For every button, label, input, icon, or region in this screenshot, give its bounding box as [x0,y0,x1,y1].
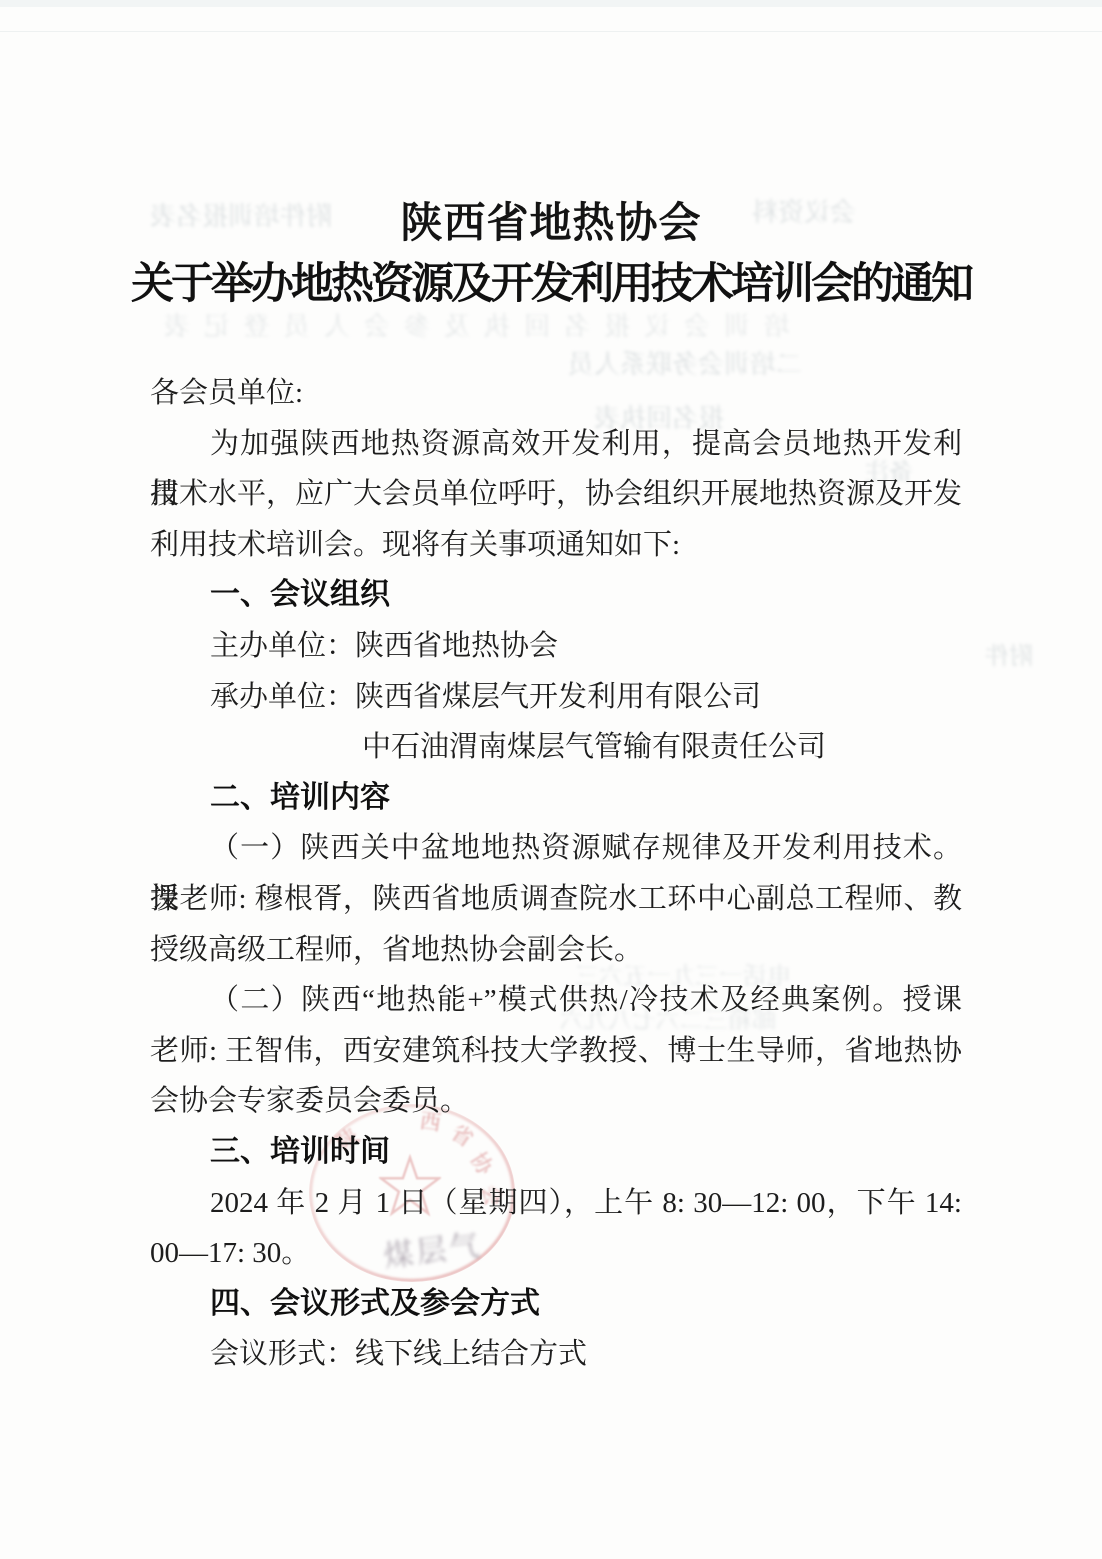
bleedthrough-text: 培训会议报名回执及参会人员登记表 [150,306,790,343]
scanned-document-page: 附件培训报名表 会议资料 培训会议报名回执及参会人员登记表 二培训会务联系人员 … [0,0,1102,1559]
host-unit-line: 主办单位：陕西省地热协会 [150,621,962,672]
organizer-unit-line-2: 中石油渭南煤层气管输有限责任公司 [150,722,962,773]
intro-line: 利用技术培训会。现将有关事项通知如下: [150,520,962,571]
section-heading-2: 二、培训内容 [150,773,962,824]
organizer-unit-line: 承办单位：陕西省煤层气开发利用有限公司 [150,672,962,723]
training-item-2-line: 老师: 王智伟，西安建筑科技大学教授、博士生导师，省地热协 [150,1026,962,1077]
training-item-2-line: 会协会专家委员会委员。 [150,1076,962,1127]
scanner-line-artifact [0,31,1102,32]
section-heading-1: 一、会议组织 [150,570,962,621]
training-time-line-2: 00—17: 30。 [150,1228,962,1279]
training-item-2-line: （二）陕西“地热能+”模式供热/冷技术及经典案例。授课 [150,975,962,1026]
training-time-line: 2024 年 2 月 1 日（星期四），上午 8: 30—12: 00，下午 1… [150,1178,962,1229]
intro-line: 技术水平，应广大会员单位呼吁，协会组织开展地热资源及开发 [150,469,962,520]
document-title-subject: 关于举办地热资源及开发利用技术培训会的通知 [0,250,1102,311]
training-item-1-line: 授级高级工程师，省地热协会副会长。 [150,925,962,976]
section-heading-4: 四、会议形式及参会方式 [150,1279,962,1330]
meeting-format-line: 会议形式：线下线上结合方式 [150,1329,962,1380]
scanner-edge-artifact [0,0,1102,7]
document-title-org: 陕西省地热协会 [0,190,1102,250]
section-heading-3: 三、培训时间 [150,1127,962,1178]
training-item-1-line: （一）陕西关中盆地地热资源赋存规律及开发利用技术。授 [150,823,962,874]
intro-line: 为加强陕西地热资源高效开发利用，提高会员地热开发利用 [150,419,962,470]
document-body: 各会员单位: 为加强陕西地热资源高效开发利用，提高会员地热开发利用 技术水平，应… [150,368,962,1380]
salutation-line: 各会员单位: [150,368,962,419]
bleedthrough-text: 附件 [985,636,1033,671]
training-item-1-line: 课老师: 穆根胥，陕西省地质调查院水工环中心副总工程师、教 [150,874,962,925]
